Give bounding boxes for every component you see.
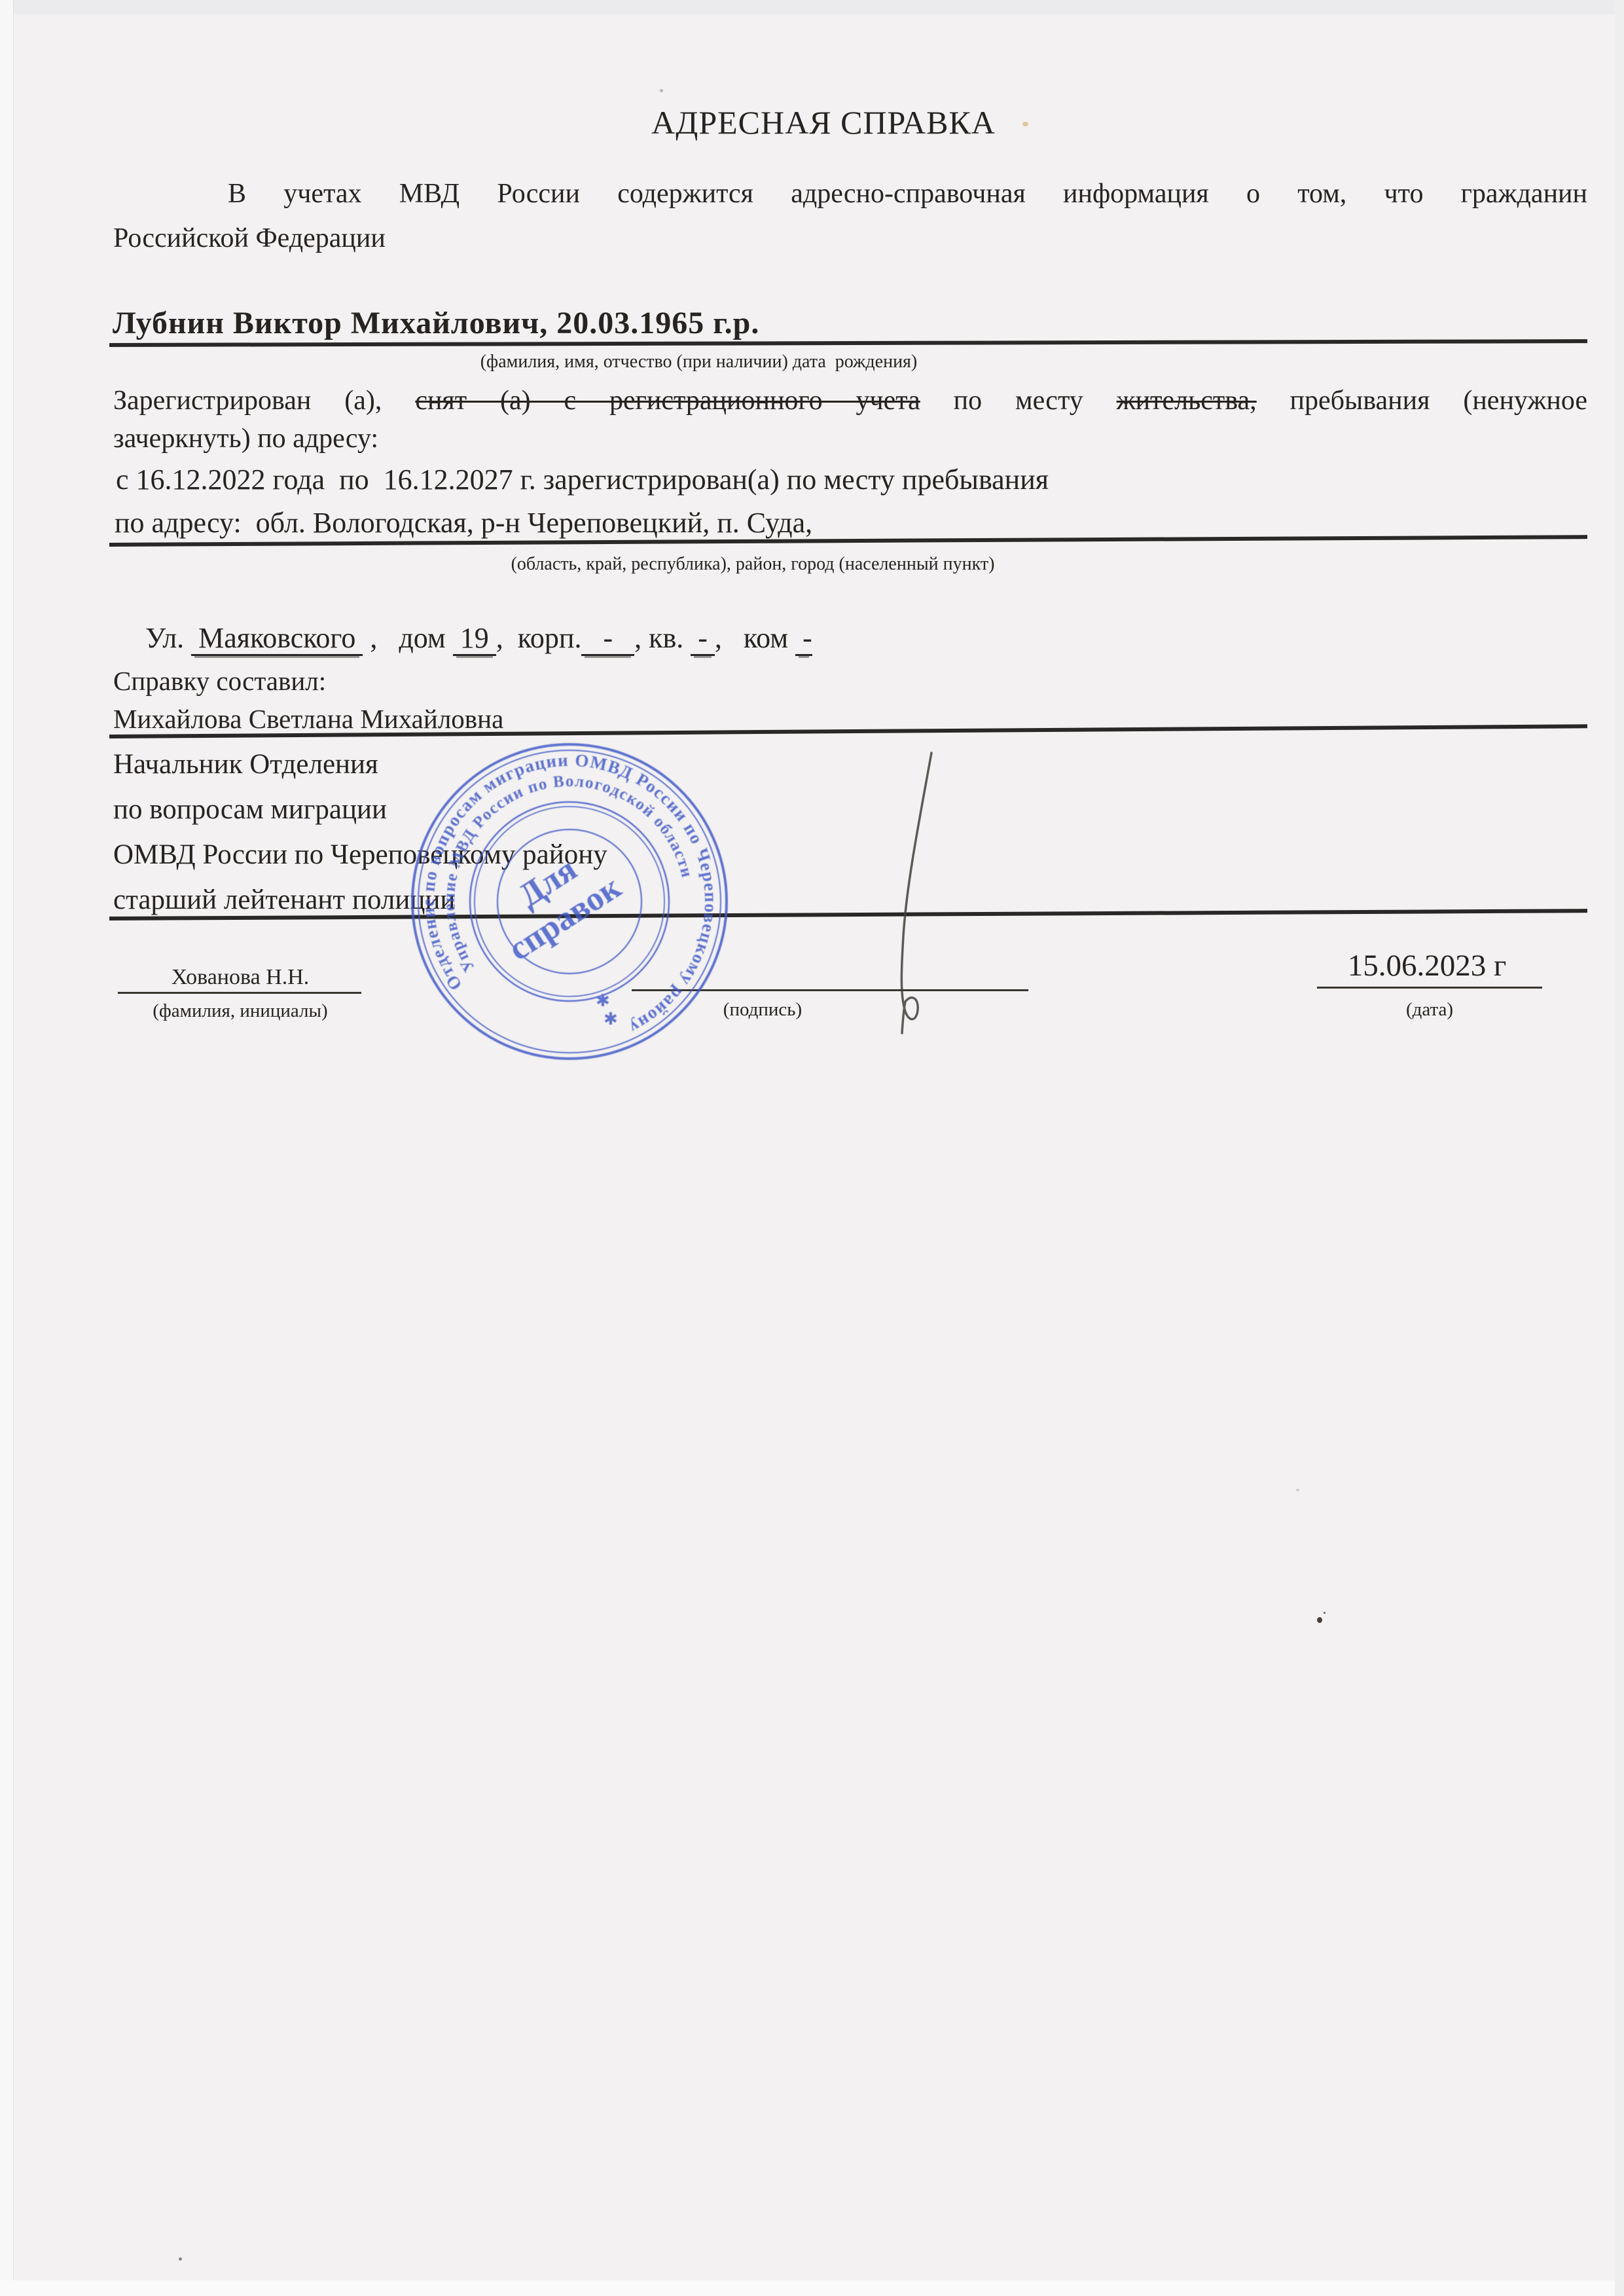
registration-seg5: пребывания (ненужное <box>1257 386 1587 416</box>
house-label: , дом <box>363 622 452 654</box>
scan-speck <box>1324 1612 1326 1614</box>
address-caption: (область, край, республика), район, горо… <box>425 554 1080 575</box>
registration-seg3: по месту <box>920 386 1117 416</box>
flat-label: , кв. <box>634 622 691 654</box>
date-underline <box>1317 987 1542 989</box>
room-value: - <box>795 622 812 656</box>
executor-underline <box>118 992 361 994</box>
address-line: по адресу: обл. Вологодская, р-н Черепов… <box>115 506 812 539</box>
scanned-page: АДРЕСНАЯ СПРАВКА В учетах МВД России сод… <box>0 0 1624 2296</box>
stamp-star-icon-2: ✱ <box>604 1010 618 1029</box>
scan-edge-top <box>0 0 1624 14</box>
date-value: 15.06.2023 г <box>1309 948 1545 983</box>
house-value: 19 <box>453 622 496 656</box>
registration-struck-residence: жительства, <box>1117 386 1257 416</box>
date-caption: (дата) <box>1317 999 1542 1021</box>
scan-speck <box>179 2257 182 2261</box>
scan-edge-left <box>0 0 14 2296</box>
room-label: , ком <box>715 622 795 654</box>
scan-speck <box>1022 122 1028 126</box>
executor-name: Хованова Н.Н. <box>119 965 361 990</box>
street-value: Маяковского <box>191 622 363 656</box>
intro-line-1: В учетах МВД России содержится адресно-с… <box>113 178 1587 210</box>
stamp-star-icon: ✱ <box>596 991 610 1010</box>
scan-speck <box>1296 1489 1299 1491</box>
round-stamp-icon: Отделение по вопросам миграции ОМВД Росс… <box>406 738 733 1065</box>
street-label: Ул. <box>145 622 191 654</box>
handwritten-signature-icon <box>871 720 1001 1067</box>
official-line-2: по вопросам миграции <box>113 793 387 826</box>
registration-seg1: Зарегистрирован (а), <box>113 386 415 416</box>
official-line-4: старший лейтенант полиции <box>113 884 455 916</box>
compiled-by-label: Справку составил: <box>113 665 326 697</box>
page-title: АДРЕСНАЯ СПРАВКА <box>113 103 1534 141</box>
compiled-by-name: Михайлова Светлана Михайловна <box>113 703 503 735</box>
person-caption: (фамилия, имя, отчество (при наличии) да… <box>406 352 992 373</box>
intro-line-2: Российской Федерации <box>113 223 386 254</box>
building-value: - <box>581 622 634 656</box>
registration-struck-removal: снят (а) с регистрационного учета <box>415 386 920 416</box>
official-line-1: Начальник Отделения <box>113 748 378 780</box>
executor-caption: (фамилия, инициалы) <box>119 1000 361 1022</box>
scan-speck <box>660 89 663 92</box>
person-name-line: Лубнин Виктор Михайлович, 20.03.1965 г.р… <box>113 305 759 341</box>
scan-edge-bottom <box>0 2280 1624 2296</box>
registration-line-1: Зарегистрирован (а), снят (а) с регистра… <box>113 385 1587 416</box>
scan-edge-right <box>1615 0 1624 2296</box>
registration-line-2: зачеркнуть) по адресу: <box>113 423 378 454</box>
flat-value: - <box>691 622 715 656</box>
building-label: , корп. <box>496 622 582 654</box>
scan-speck <box>1317 1617 1322 1623</box>
period-line: с 16.12.2022 года по 16.12.2027 г. зарег… <box>116 463 1049 496</box>
